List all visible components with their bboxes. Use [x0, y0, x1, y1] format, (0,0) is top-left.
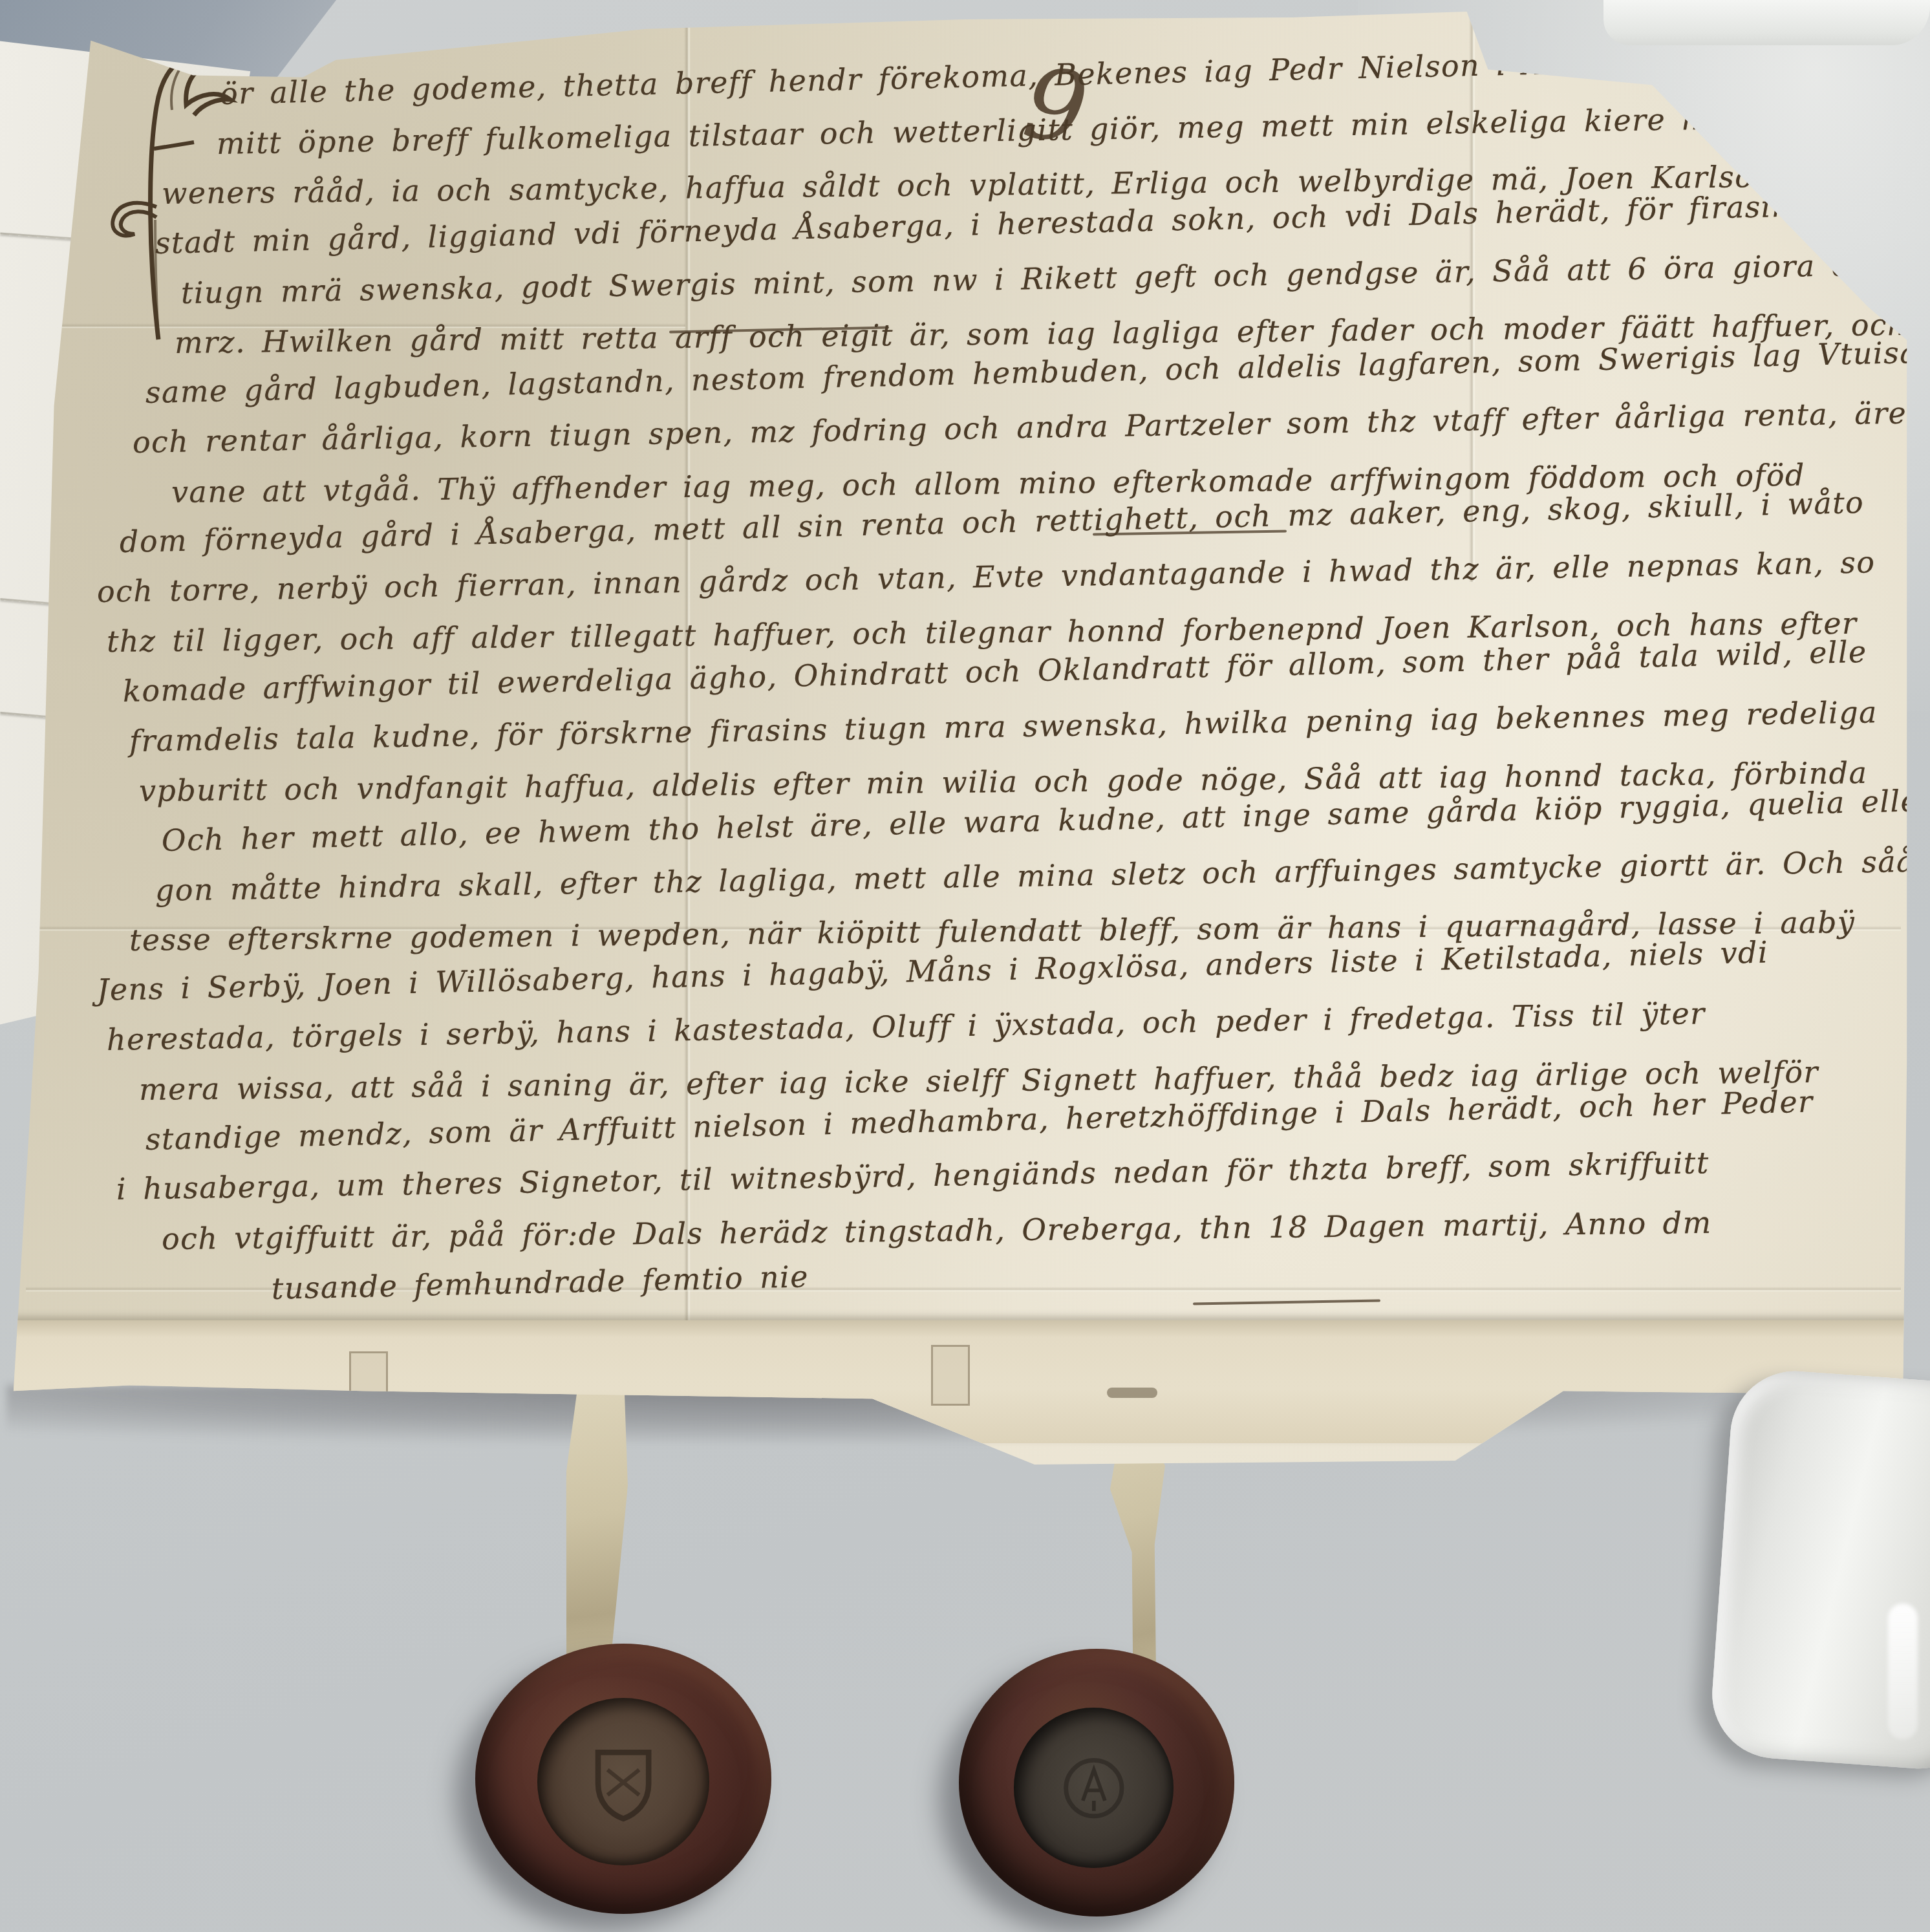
seal-shield-emblem: [584, 1738, 663, 1825]
manuscript-line: tiugn mrä swenska, godt Swergis mint, so…: [181, 247, 1889, 310]
wax-seal-right: [959, 1649, 1234, 1916]
white-object-top-edge: [1603, 0, 1930, 45]
seal-tag-slit: [1107, 1388, 1157, 1398]
manuscript-line: gon måtte hindra skall, efter thz laglig…: [155, 843, 1930, 908]
seal-tag-slit: [931, 1345, 970, 1406]
manuscript-line: och vtgiffuitt är, påå för:de Dals heräd…: [162, 1205, 1712, 1256]
manuscript-line: mitt öpne breff fulkomeliga tilstaar och…: [217, 97, 1930, 161]
photo-scene: 9 ör alle the godeme, thetta breff hendr…: [0, 0, 1930, 1932]
wax-seal-left: [475, 1644, 771, 1914]
manuscript-line: i husaberga, um theres Signetor, til wit…: [116, 1145, 1710, 1207]
manuscript-text-block: ör alle the godeme, thetta breff hendr f…: [84, 76, 1888, 1363]
parchment-charter: 9 ör alle the godeme, thetta breff hendr…: [0, 0, 1930, 1932]
manuscript-line: herestada, törgels i serbÿ, hans i kaste…: [107, 996, 1706, 1057]
manuscript-line: och torre, nerbÿ och fierran, innan gård…: [97, 544, 1876, 609]
white-object-highlight: [1888, 1604, 1918, 1739]
manuscript-line: framdelis tala kudne, för förskrne firas…: [129, 694, 1878, 758]
manuscript-line: och rentar åårliga, korn tiugn spen, mz …: [133, 396, 1907, 460]
seal-impression: [537, 1698, 709, 1865]
seal-impression: [1014, 1708, 1174, 1868]
seal-monogram-emblem: [1057, 1746, 1131, 1830]
manuscript-line: tusande femhundrade femtio nie: [271, 1259, 809, 1306]
